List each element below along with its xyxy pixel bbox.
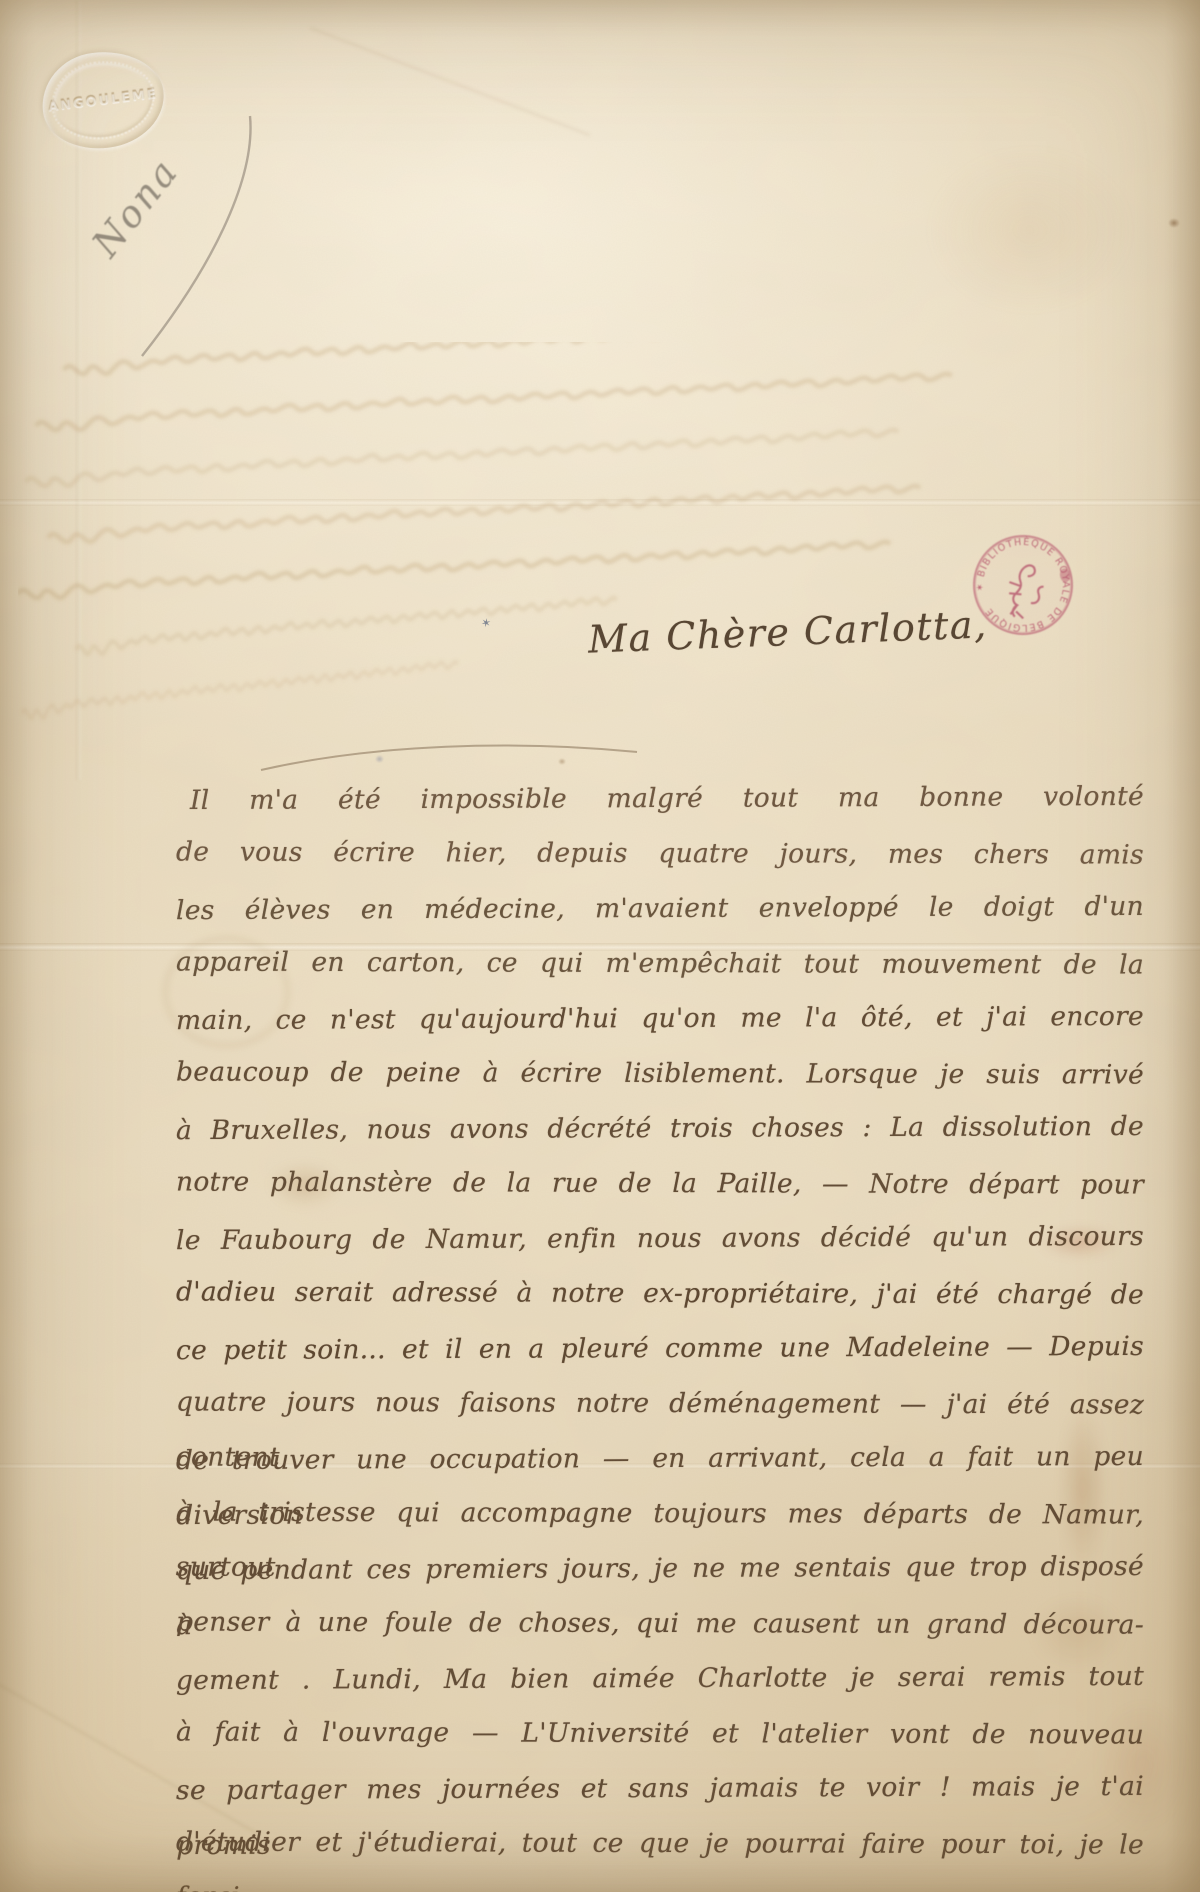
letter-line: appareil en carton, ce qui m'empêchait t…: [176, 934, 1144, 992]
letter-body: Il m'a été impossible malgré tout ma bon…: [176, 771, 1144, 1871]
letter-line: les élèves en médecine, m'avaient envelo…: [176, 879, 1144, 938]
pencil-flourish: [118, 110, 268, 370]
embossed-papermaker-stamp: ANGOULEME: [37, 45, 170, 155]
fold-crease: [0, 499, 1200, 506]
foxing-stain: [925, 145, 1135, 315]
letter-line: de vous écrire hier, depuis quatre jours…: [176, 824, 1144, 882]
speck: [558, 758, 566, 765]
star-mark: ✶: [480, 615, 493, 631]
letter-line: ce petit soin... et il en a pleuré comme…: [176, 1319, 1144, 1378]
letter-line: de trouver une occupation — en arrivant,…: [176, 1429, 1144, 1488]
letter-line: à Bruxelles, nous avons décrété trois ch…: [176, 1099, 1144, 1158]
embossed-stamp-text: ANGOULEME: [47, 86, 158, 114]
pencil-annotation: Nona: [84, 150, 187, 265]
letter-line: main, ce n'est qu'aujourd'hui qu'on me l…: [176, 989, 1144, 1048]
letter-line: le Faubourg de Namur, enfin nous avons d…: [176, 1209, 1144, 1268]
diagonal-crease: [309, 26, 590, 136]
letter-line: à fait à l'ouvrage — L'Université et l'a…: [176, 1704, 1144, 1762]
salutation: Ma Chère Carlotta,: [587, 602, 988, 661]
letter-line: penser à une foule de choses, qui me cau…: [176, 1594, 1144, 1652]
letter-line: à la tristesse qui accompagne toujours m…: [176, 1484, 1144, 1542]
letter-line: que pendant ces premiers jours, je ne me…: [176, 1539, 1144, 1598]
letter-line: Il m'a été impossible malgré tout ma bon…: [176, 769, 1144, 828]
letter-scan-page: ANGOULEME Nona ✶ BIBLIOTHÈQUE ROYALE DE …: [0, 0, 1200, 1892]
letter-line: quatre jours nous faisons notre déménage…: [176, 1374, 1144, 1432]
speck: [1168, 218, 1180, 228]
letter-line: notre phalanstère de la rue de la Paille…: [176, 1154, 1144, 1212]
letter-line: se partager mes journées et sans jamais …: [176, 1759, 1144, 1818]
letter-line: gement . Lundi, Ma bien aimée Charlotte …: [176, 1649, 1144, 1708]
bleedthrough-text: [18, 342, 1098, 762]
letter-line: beaucoup de peine à écrire lisiblement. …: [176, 1044, 1144, 1102]
letter-line: d'adieu serait adressé à notre ex-propri…: [176, 1264, 1144, 1322]
speck: [375, 755, 384, 763]
letter-line: d'étudier et j'étudierai, tout ce que je…: [176, 1814, 1144, 1872]
